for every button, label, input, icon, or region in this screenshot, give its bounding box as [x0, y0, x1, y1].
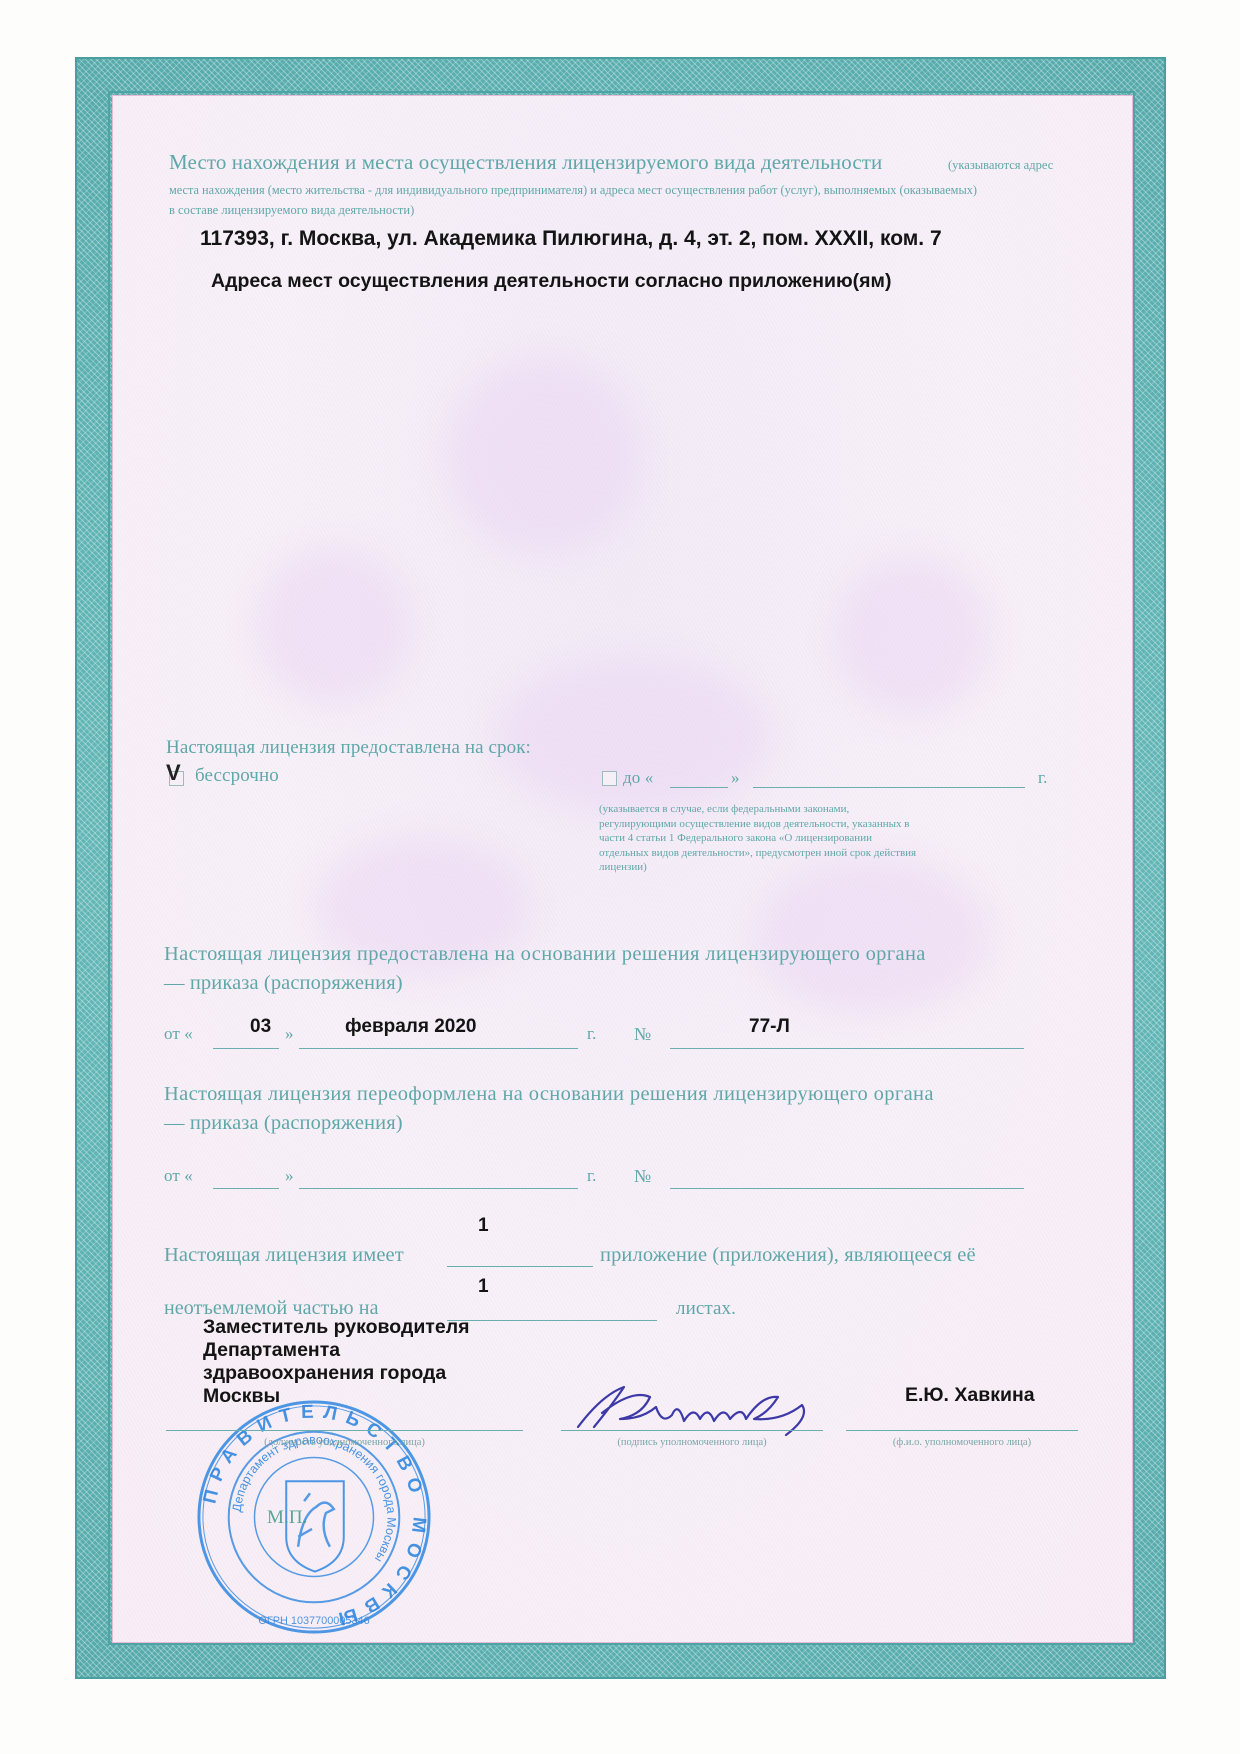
location-hint-3: в составе лицензируемого вида деятельнос…	[169, 203, 414, 218]
appendix-line1-prefix: Настоящая лицензия имеет	[164, 1244, 404, 1267]
granted-label-2: — приказа (распоряжения)	[164, 972, 403, 995]
granted-year-suffix: г.	[587, 1024, 597, 1044]
location-hint-2: места нахождения (место жительства - для…	[169, 183, 977, 198]
indefinite-label: бессрочно	[195, 765, 279, 787]
granted-day: 03	[250, 1016, 271, 1038]
granted-day-field[interactable]	[213, 1048, 279, 1049]
until-quote-close: »	[731, 768, 740, 788]
svg-text:ОГРН 1037700005346: ОГРН 1037700005346	[258, 1615, 369, 1627]
granted-label-1: Настоящая лицензия предоставлена на осно…	[164, 943, 926, 966]
reissued-label-2: — приказа (распоряжения)	[164, 1112, 403, 1135]
reissued-month-year-field[interactable]	[299, 1188, 578, 1189]
signatory-name: Е.Ю. Хавкина	[905, 1384, 1035, 1407]
granted-number-sign: №	[634, 1024, 651, 1045]
sheet-count-field[interactable]	[447, 1320, 657, 1321]
until-month-year-field[interactable]	[753, 787, 1025, 788]
location-label: Место нахождения и места осуществления л…	[169, 150, 882, 175]
signature-line	[561, 1430, 823, 1431]
caption-name: (ф.и.о. уполномоченного лица)	[846, 1437, 1078, 1448]
signatory-position-line-2: Департамента	[203, 1339, 469, 1362]
official-stamp-icon: ПРАВИТЕЛЬСТВО МОСКВЫ Департамент здравоо…	[195, 1398, 433, 1636]
position-signature-line	[166, 1430, 523, 1431]
signatory-position-line-3: здравоохранения города	[203, 1362, 469, 1385]
name-signature-line	[846, 1430, 1078, 1431]
reissued-number-sign: №	[634, 1166, 651, 1187]
reissued-day-field[interactable]	[213, 1188, 279, 1189]
sheet-count: 1	[478, 1276, 489, 1298]
signatory-position-line-4: Москвы	[203, 1385, 469, 1408]
reissued-number-field[interactable]	[670, 1188, 1024, 1189]
reissued-from-prefix: от «	[164, 1166, 193, 1186]
caption-signature: (подпись уполномоченного лица)	[561, 1437, 823, 1448]
term-label: Настоящая лицензия предоставлена на срок…	[166, 737, 531, 759]
until-note: (указывается в случае, если федеральными…	[599, 802, 919, 875]
signatory-position-line-1: Заместитель руководителя	[203, 1316, 469, 1339]
until-date-checkbox[interactable]	[602, 771, 617, 786]
granted-month-year: февраля 2020	[345, 1016, 477, 1038]
reissued-year-suffix: г.	[587, 1166, 597, 1186]
seal-place-label: М.П.	[267, 1507, 308, 1529]
granted-from-prefix: от «	[164, 1024, 193, 1044]
appendix-line1-suffix: приложение (приложения), являющееся её	[600, 1244, 976, 1267]
granted-number-field[interactable]	[670, 1048, 1024, 1049]
svg-text:Департамент здравоохранения го: Департамент здравоохранения города Москв…	[230, 1433, 399, 1565]
reissued-label-1: Настоящая лицензия переоформлена на осно…	[164, 1083, 934, 1106]
caption-position: (должность уполномоченного лица)	[166, 1437, 523, 1448]
location-hint-1: (указываются адрес	[948, 158, 1053, 173]
check-mark-icon: V	[166, 760, 181, 786]
license-address: 117393, г. Москва, ул. Академика Пилюгин…	[200, 227, 942, 251]
addresses-note: Адреса мест осуществления деятельности с…	[211, 270, 891, 293]
appendix-count: 1	[478, 1215, 489, 1237]
appendix-count-field[interactable]	[447, 1266, 593, 1267]
reissued-quote-close: »	[285, 1166, 294, 1186]
granted-number: 77-Л	[749, 1016, 790, 1038]
granted-month-year-field[interactable]	[299, 1048, 578, 1049]
until-day-field[interactable]	[670, 787, 728, 788]
until-prefix: до «	[623, 768, 653, 788]
granted-quote-close: »	[285, 1024, 294, 1044]
appendix-line2-suffix: листах.	[676, 1298, 736, 1320]
signatory-position: Заместитель руководителя Департамента зд…	[203, 1316, 469, 1408]
until-year-suffix: г.	[1038, 768, 1048, 788]
